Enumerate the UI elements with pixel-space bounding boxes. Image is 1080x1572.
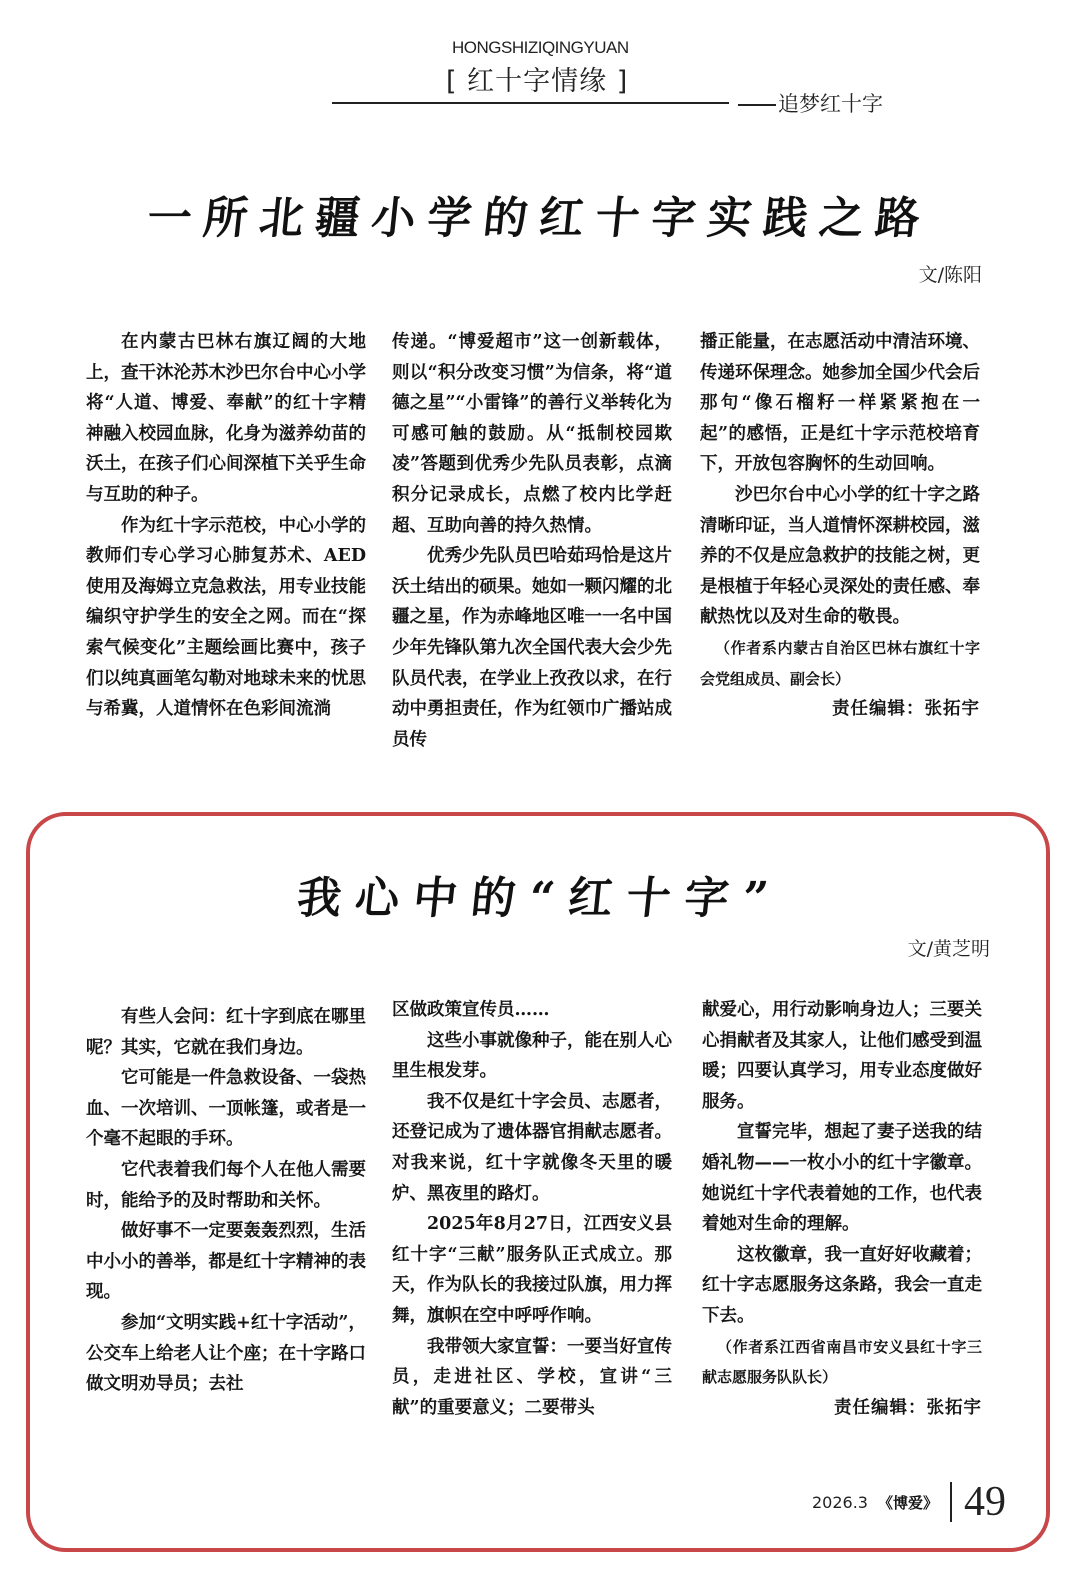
paragraph: 作为红十字示范校，中心小学的教师们专心学习心肺复苏术、AED使用及海姆立克急救法… (86, 511, 366, 725)
article-1-column-1: 在内蒙古巴林右旗辽阔的大地上，查干沐沦苏木沙巴尔台中心小学将“人道、博爱、奉献”… (86, 327, 366, 725)
article-2-column-2: 区做政策宣传员…… 这些小事就像种子，能在别人心里生根发芽。 我不仅是红十字会员… (392, 995, 672, 1423)
author-note: （作者系江西省南昌市安义县红十字三献志愿服务队队长） (702, 1332, 982, 1393)
paragraph: 做好事不一定要轰轰烈烈，生活中小小的善举，都是红十字精神的表现。 (86, 1216, 366, 1308)
dash-divider (738, 104, 776, 106)
article-1-title: 一所北疆小学的红十字实践之路 (0, 182, 1080, 246)
editor-credit: 责任编辑：张拓宇 (700, 694, 980, 725)
article-2-column-1: 有些人会问：红十字到底在哪里呢？其实，它就在我们身边。 它可能是一件急救设备、一… (86, 1002, 366, 1400)
author-note: （作者系内蒙古自治区巴林右旗红十字会党组成员、副会长） (700, 633, 980, 694)
article-2-byline: 文/黄芝明 (908, 934, 990, 961)
paragraph: 参加“文明实践+红十字活动”，公交车上给老人让个座；在十字路口做文明劝导员；去社 (86, 1308, 366, 1400)
paragraph: 区做政策宣传员…… (392, 995, 672, 1026)
paragraph: 我带领大家宣誓：一要当好宣传员，走进社区、学校，宣讲“三献”的重要意义；二要带头 (392, 1332, 672, 1424)
paragraph: 2025年8月27日，江西安义县红十字“三献”服务队正式成立。那天，作为队长的我… (392, 1209, 672, 1331)
article-2-title: 我心中的“红十字” (0, 862, 1080, 926)
editor-credit: 责任编辑：张拓宇 (702, 1393, 982, 1424)
page-number: 49 (964, 1478, 1006, 1526)
section-title-pinyin: HONGSHIZIQINGYUAN (452, 38, 629, 58)
article-1-byline: 文/陈阳 (919, 260, 982, 287)
paragraph: 播正能量，在志愿活动中清洁环境、传递环保理念。她参加全国少代会后那句“像石榴籽一… (700, 327, 980, 480)
paragraph: 在内蒙古巴林右旗辽阔的大地上，查干沐沦苏木沙巴尔台中心小学将“人道、博爱、奉献”… (86, 327, 366, 511)
paragraph: 这些小事就像种子，能在别人心里生根发芽。 (392, 1026, 672, 1087)
paragraph: 有些人会问：红十字到底在哪里呢？其实，它就在我们身边。 (86, 1002, 366, 1063)
header-divider (332, 102, 729, 104)
paragraph: 这枚徽章，我一直好好收藏着；红十字志愿服务这条路，我会一直走下去。 (702, 1240, 982, 1332)
paragraph: 它可能是一件急救设备、一袋热血、一次培训、一顶帐篷，或者是一个毫不起眼的手环。 (86, 1063, 366, 1155)
paragraph: 我不仅是红十字会员、志愿者，还登记成为了遗体器官捐献志愿者。对我来说，红十字就像… (392, 1087, 672, 1209)
subsection-text: 追梦红十字 (778, 92, 883, 116)
paragraph: 传递。“博爱超市”这一创新载体，则以“积分改变习惯”为信条，将“道德之星”“小雷… (392, 327, 672, 541)
article-1-column-3: 播正能量，在志愿活动中清洁环境、传递环保理念。她参加全国少代会后那句“像石榴籽一… (700, 327, 980, 725)
magazine-name: 《博爱》 (878, 1492, 938, 1513)
subsection-label: 追梦红十字 (738, 88, 883, 118)
page-footer: 2026.3 《博爱》 49 (812, 1478, 1006, 1526)
footer-divider (950, 1482, 952, 1522)
paragraph: 献爱心，用行动影响身边人；三要关心捐献者及其家人，让他们感受到温暖；四要认真学习… (702, 995, 982, 1117)
paragraph: 沙巴尔台中心小学的红十字之路清晰印证，当人道情怀深耕校园，滋养的不仅是应急救护的… (700, 480, 980, 633)
article-1-column-2: 传递。“博爱超市”这一创新载体，则以“积分改变习惯”为信条，将“道德之星”“小雷… (392, 327, 672, 755)
issue-date: 2026.3 (812, 1493, 868, 1512)
section-title: [ 红十字情缘 ] (446, 59, 628, 98)
paragraph: 宣誓完毕，想起了妻子送我的结婚礼物——一枚小小的红十字徽章。她说红十字代表着她的… (702, 1117, 982, 1239)
paragraph: 优秀少先队员巴哈茹玛恰是这片沃土结出的硕果。她如一颗闪耀的北疆之星，作为赤峰地区… (392, 541, 672, 755)
article-2-column-3: 献爱心，用行动影响身边人；三要关心捐献者及其家人，让他们感受到温暖；四要认真学习… (702, 995, 982, 1423)
paragraph: 它代表着我们每个人在他人需要时，能给予的及时帮助和关怀。 (86, 1155, 366, 1216)
